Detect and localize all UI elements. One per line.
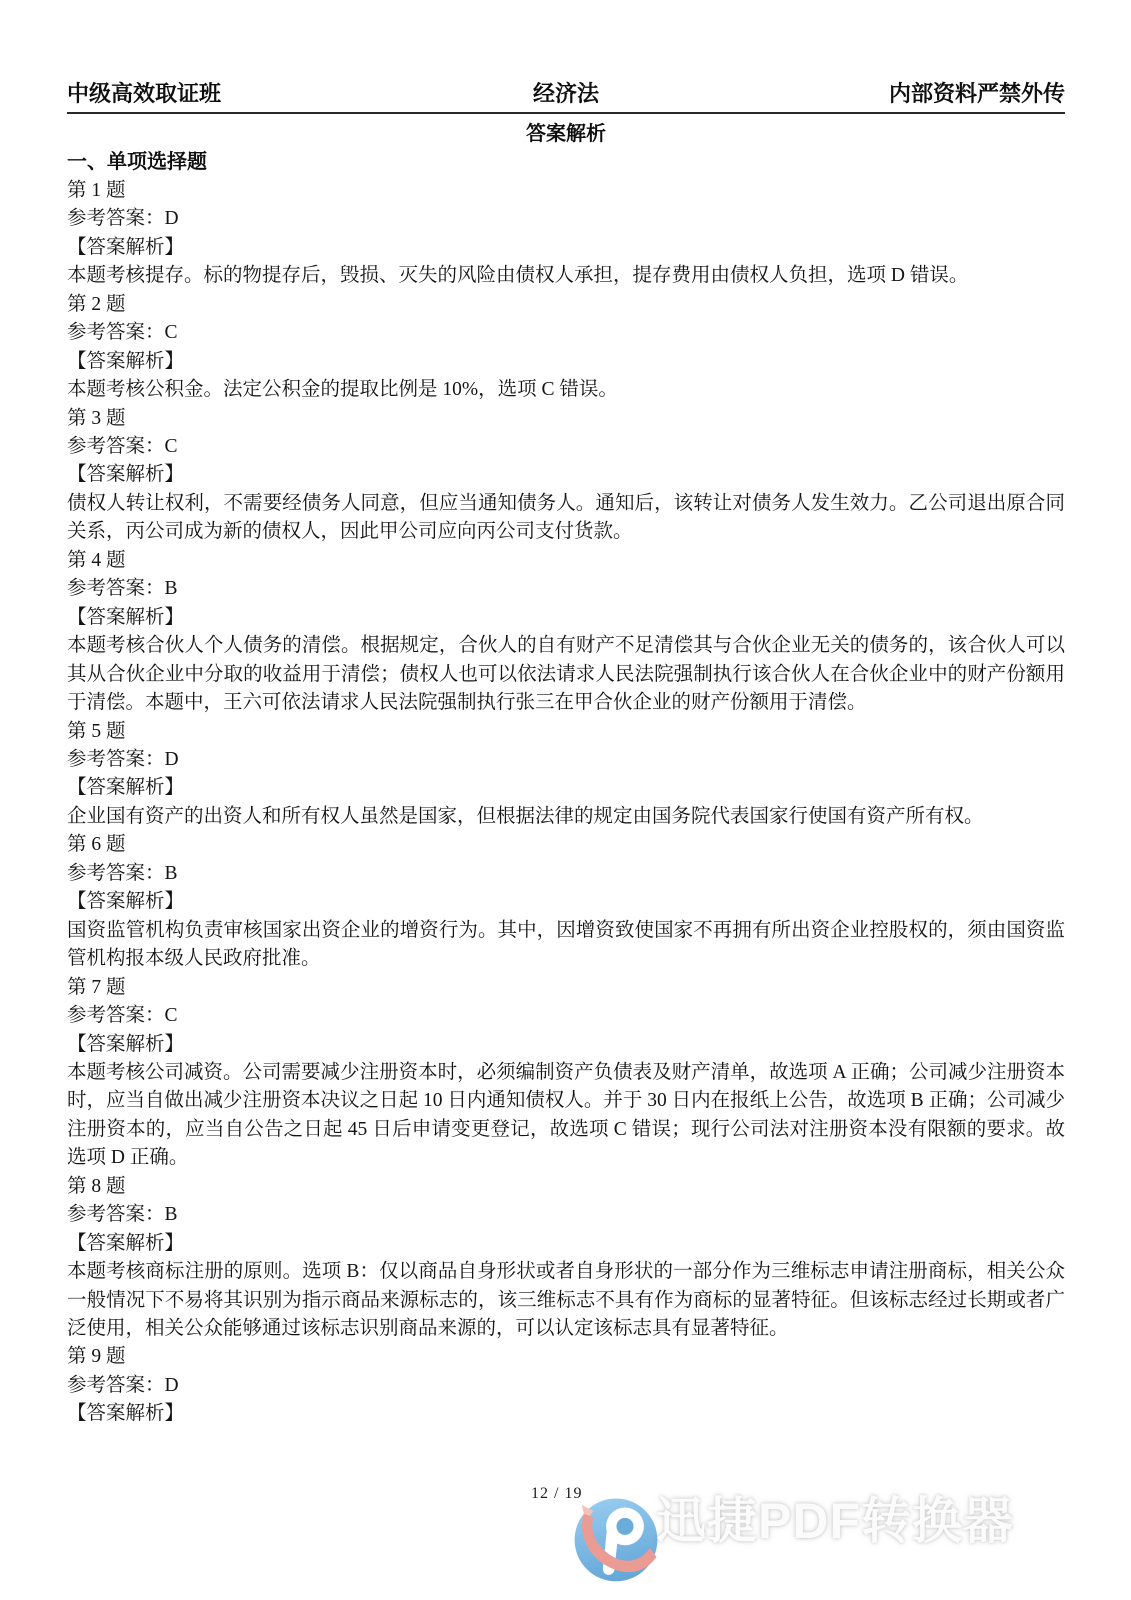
analysis-text: 本题考核合伙人个人债务的清偿。根据规定，合伙人的自有财产不足清偿其与合伙企业无关… [67, 632, 1065, 717]
header-confidential-label: 内部资料严禁外传 [732, 82, 1065, 106]
pdf-converter-logo-icon [571, 1494, 661, 1584]
question-number: 第 7 题 [67, 974, 1065, 1002]
question-block: 第 6 题 参考答案：B 【答案解析】 国资监管机构负责审核国家出资企业的增资行… [67, 831, 1065, 973]
analysis-header: 【答案解析】 [67, 461, 1065, 489]
question-number: 第 5 题 [67, 718, 1065, 746]
reference-answer: 参考答案：C [67, 319, 1065, 347]
analysis-header: 【答案解析】 [67, 1400, 1065, 1428]
page-content: 中级高效取证班 经济法 内部资料严禁外传 答案解析 一、单项选择题 第 1 题 … [67, 82, 1065, 1429]
reference-answer: 参考答案：B [67, 860, 1065, 888]
analysis-header: 【答案解析】 [67, 348, 1065, 376]
analysis-text: 企业国有资产的出资人和所有权人虽然是国家，但根据法律的规定由国务院代表国家行使国… [67, 803, 1065, 831]
header-divider [67, 112, 1065, 114]
question-block: 第 2 题 参考答案：C 【答案解析】 本题考核公积金。法定公积金的提取比例是 … [67, 291, 1065, 405]
analysis-text: 本题考核公积金。法定公积金的提取比例是 10%，选项 C 错误。 [67, 376, 1065, 404]
question-block: 第 8 题 参考答案：B 【答案解析】 本题考核商标注册的原则。选项 B：仅以商… [67, 1173, 1065, 1344]
page-header: 中级高效取证班 经济法 内部资料严禁外传 [67, 82, 1065, 112]
reference-answer: 参考答案：C [67, 433, 1065, 461]
analysis-text: 本题考核商标注册的原则。选项 B：仅以商品自身形状或者自身形状的一部分作为三维标… [67, 1258, 1065, 1343]
document-page: 中级高效取证班 经济法 内部资料严禁外传 答案解析 一、单项选择题 第 1 题 … [0, 0, 1131, 1600]
question-block: 第 7 题 参考答案：C 【答案解析】 本题考核公司减资。公司需要减少注册资本时… [67, 974, 1065, 1173]
reference-answer: 参考答案：B [67, 575, 1065, 603]
question-block: 第 1 题 参考答案：D 【答案解析】 本题考核提存。标的物提存后，毁损、灭失的… [67, 177, 1065, 291]
question-number: 第 8 题 [67, 1173, 1065, 1201]
page-indicator: 12 / 19 [531, 1485, 582, 1503]
analysis-text: 国资监管机构负责审核国家出资企业的增资行为。其中，因增资致使国家不再拥有所出资企… [67, 917, 1065, 974]
header-subject-label: 经济法 [400, 82, 733, 106]
reference-answer: 参考答案：B [67, 1201, 1065, 1229]
analysis-text: 本题考核公司减资。公司需要减少注册资本时，必须编制资产负债表及财产清单，故选项 … [67, 1059, 1065, 1173]
question-number: 第 3 题 [67, 405, 1065, 433]
analysis-header: 【答案解析】 [67, 234, 1065, 262]
analysis-header: 【答案解析】 [67, 604, 1065, 632]
question-block: 第 4 题 参考答案：B 【答案解析】 本题考核合伙人个人债务的清偿。根据规定，… [67, 547, 1065, 718]
analysis-header: 【答案解析】 [67, 1230, 1065, 1258]
analysis-header: 【答案解析】 [67, 1031, 1065, 1059]
section-heading: 一、单项选择题 [67, 148, 1065, 176]
question-number: 第 2 题 [67, 291, 1065, 319]
reference-answer: 参考答案：C [67, 1002, 1065, 1030]
question-number: 第 9 题 [67, 1343, 1065, 1371]
question-block: 第 9 题 参考答案：D 【答案解析】 [67, 1343, 1065, 1428]
question-block: 第 5 题 参考答案：D 【答案解析】 企业国有资产的出资人和所有权人虽然是国家… [67, 718, 1065, 832]
reference-answer: 参考答案：D [67, 1372, 1065, 1400]
question-number: 第 4 题 [67, 547, 1065, 575]
analysis-header: 【答案解析】 [67, 774, 1065, 802]
header-course-label: 中级高效取证班 [67, 82, 400, 106]
reference-answer: 参考答案：D [67, 746, 1065, 774]
analysis-header: 【答案解析】 [67, 888, 1065, 916]
page-title: 答案解析 [67, 120, 1065, 148]
question-number: 第 1 题 [67, 177, 1065, 205]
analysis-text: 本题考核提存。标的物提存后，毁损、灭失的风险由债权人承担，提存费用由债权人负担，… [67, 262, 1065, 290]
reference-answer: 参考答案：D [67, 205, 1065, 233]
analysis-text: 债权人转让权利，不需要经债务人同意，但应当通知债务人。通知后，该转让对债务人发生… [67, 490, 1065, 547]
watermark-brand-text: 迅捷PDF转换器 [656, 1496, 1014, 1546]
question-number: 第 6 题 [67, 831, 1065, 859]
question-block: 第 3 题 参考答案：C 【答案解析】 债权人转让权利，不需要经债务人同意，但应… [67, 405, 1065, 547]
